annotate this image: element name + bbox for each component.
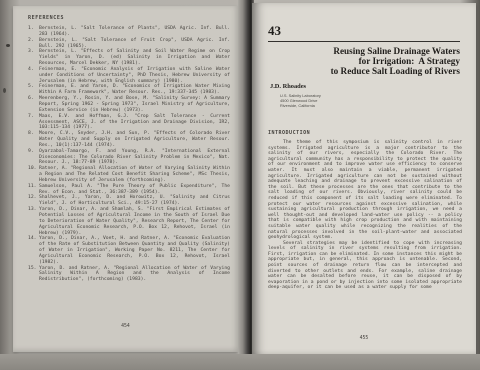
left-page: REFERENCES 1. Bernstein, L. "Salt Tolera… [13, 6, 238, 352]
reference-text: Yaron, D., Dinar, A. and Shamlah, S. "Fi… [39, 207, 230, 236]
reference-item: 14. Yaron, D., Dinar, A., Voet, H. and R… [28, 236, 230, 265]
reference-number: 11. [28, 184, 39, 196]
reference-item: 12. Shalhevet, J., Yaron, D. and Horowit… [28, 195, 230, 207]
left-page-number: 454 [13, 324, 238, 329]
reference-number: 9. [28, 149, 39, 167]
reference-text: Bernstein, L. "Salt Tolerance of Plants"… [39, 26, 230, 38]
chapter-title-line: Reusing Saline Drainage Waters [268, 46, 460, 56]
reference-item: 10. Ratner, A. "Regional Allocation of W… [28, 166, 230, 184]
reference-text: Ratner, A. "Regional Allocation of Water… [39, 166, 230, 184]
reference-text: Meerenberg, Y., Rosin, Y. and Bose, M. "… [39, 96, 230, 114]
reference-number: 8. [28, 131, 39, 149]
reference-item: 11. Samuelson, Paul A. "The Pure Theory … [28, 184, 230, 196]
right-page-number: 455 [252, 336, 476, 341]
reference-item: 7. Maas, E.V. and Hoffman, G.J. "Crop Sa… [28, 114, 230, 132]
reference-text: Moore, C.V., Snyder, J.H. and Sun, P. "E… [39, 131, 230, 149]
references-heading: REFERENCES [28, 15, 64, 21]
reference-number: 2. [28, 38, 39, 50]
reference-item: 15. Yaron, D. and Ratner, A. "Regional A… [28, 266, 230, 284]
body-paragraph: Several strategies may be identified to … [268, 241, 462, 291]
body-paragraph: The theme of this symposium is salinity … [268, 140, 462, 241]
reference-item: 4. Feinerman, E. "Economic Analysis of I… [28, 67, 230, 85]
reference-text: Bernstein, L. "Salt Tolerance of Fruit C… [39, 38, 230, 50]
chapter-number: 43 [268, 23, 281, 39]
reference-number: 12. [28, 195, 39, 207]
reference-text: Bernstein, L. "Effects of Salinity and S… [39, 49, 230, 67]
reference-text: Samuelson, Paul A. "The Pure Theory of P… [39, 184, 230, 196]
reference-number: 4. [28, 67, 39, 85]
references-list: 1. Bernstein, L. "Salt Tolerance of Plan… [28, 26, 230, 283]
reference-number: 6. [28, 96, 39, 114]
reference-text: Feinerman, E. "Economic Analysis of Irri… [39, 67, 230, 85]
reference-text: Yaron, D. and Ratner, A. "Regional Alloc… [39, 266, 230, 284]
reference-number: 15. [28, 266, 39, 284]
reference-item: 13. Yaron, D., Dinar, A. and Shamlah, S.… [28, 207, 230, 236]
chapter-title-line: to Reduce Salt Loading of Rivers [268, 66, 460, 76]
chapter-rule [268, 41, 460, 42]
reference-text: Yaron, D., Dinar, A., Voet, H. and Ratne… [39, 236, 230, 265]
reference-item: 3. Bernstein, L. "Effects of Salinity an… [28, 49, 230, 67]
reference-text: Oyarzabal-Tamargo, F. and Young, R.A. "I… [39, 149, 230, 167]
reference-number: 10. [28, 166, 39, 184]
chapter-title: Reusing Saline Drainage Waters for Irrig… [268, 46, 460, 76]
reference-number: 1. [28, 26, 39, 38]
reference-text: Feinerman, E. and Yaron, D. "Economics o… [39, 84, 230, 96]
reference-text: Shalhevet, J., Yaron, D. and Horowitz, U… [39, 195, 230, 207]
introduction-heading: INTRODUCTION [268, 130, 310, 136]
reference-item: 2. Bernstein, L. "Salt Tolerance of Frui… [28, 38, 230, 50]
reference-text: Maas, E.V. and Hoffman, G.J. "Crop Salt … [39, 114, 230, 132]
affiliation-line: Riverside, California [280, 103, 321, 108]
right-page: 43 Reusing Saline Drainage Waters for Ir… [252, 3, 476, 356]
reference-item: 6. Meerenberg, Y., Rosin, Y. and Bose, M… [28, 96, 230, 114]
reference-number: 7. [28, 114, 39, 132]
reference-number: 3. [28, 49, 39, 67]
reference-number: 5. [28, 84, 39, 96]
author-affiliation: U.S. Salinity Laboratory 4500 Glenwood D… [280, 93, 321, 109]
reference-item: 9. Oyarzabal-Tamargo, F. and Young, R.A.… [28, 149, 230, 167]
reference-item: 8. Moore, C.V., Snyder, J.H. and Sun, P.… [28, 131, 230, 149]
reference-item: 1. Bernstein, L. "Salt Tolerance of Plan… [28, 26, 230, 38]
reference-number: 13. [28, 207, 39, 236]
scan-bottom-shadow [0, 354, 480, 370]
author-name: J.D. Rhoades [270, 83, 306, 90]
reference-item: 5. Feinerman, E. and Yaron, D. "Economic… [28, 84, 230, 96]
reference-number: 14. [28, 236, 39, 265]
introduction-text: The theme of this symposium is salinity … [268, 140, 462, 291]
chapter-title-line: for Irrigation: A Strategy [268, 56, 460, 66]
scan-artifacts [0, 0, 14, 370]
